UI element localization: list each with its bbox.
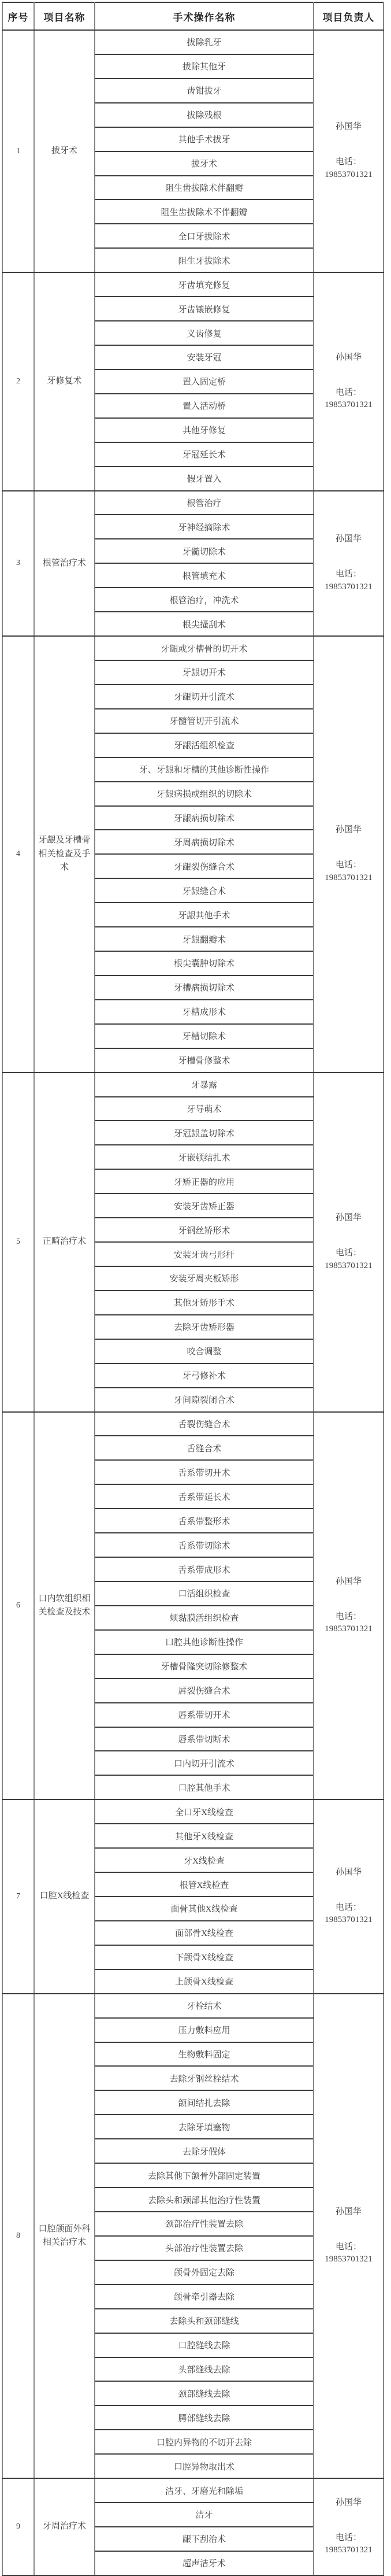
operation-cell: 其他手术拔牙 (95, 127, 314, 151)
operation-cell: 腭部缝线去除 (95, 2405, 314, 2430)
leader-name: 孙国华 (314, 1867, 383, 1879)
operation-cell: 安装牙冠 (95, 345, 314, 369)
leader-phone: 电话：19853701321 (314, 1611, 383, 1636)
operation-cell: 去除牙填塞物 (95, 2115, 314, 2139)
project-leader-cell: 孙国华电话：19853701321 (314, 1994, 383, 2478)
project-number: 3 (2, 491, 34, 637)
operation-cell: 唇系带切断术 (95, 1727, 314, 1751)
operation-cell: 拔除残根 (95, 103, 314, 127)
operation-cell: 牙龈活组织检查 (95, 733, 314, 757)
operation-cell: 舌裂伤缝合术 (95, 1412, 314, 1436)
leader-name: 孙国华 (314, 1576, 383, 1588)
project-name: 口腔颌面外科相关治疗术 (34, 1994, 95, 2478)
operation-cell: 安装牙齿矫正器 (95, 1193, 314, 1218)
operation-cell: 根尖搔刮术 (95, 612, 314, 636)
operation-cell: 牙龈病损切除术 (95, 806, 314, 830)
operation-cell: 去除头和颈部缝线 (95, 2309, 314, 2333)
operation-cell: 口腔其他诊断性操作 (95, 1630, 314, 1654)
leader-name: 孙国华 (314, 2206, 383, 2218)
operation-cell: 牙槽骨修整术 (95, 1048, 314, 1073)
operation-cell: 颌间结扎去除 (95, 2090, 314, 2115)
operation-cell: 去除牙假体 (95, 2139, 314, 2163)
operation-cell: 牙间隙裂闭合术 (95, 1388, 314, 1412)
operation-cell: 全口牙X线检查 (95, 1799, 314, 1824)
leader-phone: 电话：19853701321 (314, 2532, 383, 2557)
operation-cell: 牙龈缝合术 (95, 878, 314, 903)
phone-number: 19853701321 (314, 2253, 383, 2266)
project-number: 7 (2, 1799, 34, 1993)
operation-cell: 牙钢丝矫形术 (95, 1218, 314, 1242)
project-leader-cell: 孙国华电话：19853701321 (314, 1799, 383, 1993)
operation-cell: 牙齿填充修复 (95, 272, 314, 297)
header-row: 序号 项目名称 手术操作名称 项目负责人 (2, 2, 383, 30)
project-number: 2 (2, 272, 34, 490)
phone-label: 电话： (314, 1611, 383, 1624)
operation-cell: 牙暴露 (95, 1073, 314, 1097)
leader-name: 孙国华 (314, 533, 383, 545)
operation-cell: 牙龈翻瓣术 (95, 927, 314, 951)
operation-row: 6口内软组织相关检查及技术舌裂伤缝合术孙国华电话：19853701321 (2, 1412, 383, 1436)
project-leader-cell: 孙国华电话：19853701321 (314, 636, 383, 1073)
phone-label: 电话： (314, 387, 383, 400)
operation-cell: 牙龈裂伤缝合术 (95, 854, 314, 878)
operation-cell: 全口牙拔除术 (95, 224, 314, 248)
operation-cell: 超声洁牙术 (95, 2551, 314, 2575)
operation-cell: 根管X线检查 (95, 1872, 314, 1897)
operation-cell: 其他牙矫形手术 (95, 1291, 314, 1315)
phone-label: 电话： (314, 2532, 383, 2545)
leader-phone: 电话：19853701321 (314, 2241, 383, 2267)
operation-cell: 安装牙周夹板矫形 (95, 1266, 314, 1291)
operation-cell: 牙槽骨隆突切除修整术 (95, 1654, 314, 1679)
table-body: 1拔牙术拔除乳牙孙国华电话：19853701321拔除其他牙齿钳拔牙拔除残根其他… (2, 30, 383, 2575)
operation-cell: 咬合调整 (95, 1339, 314, 1363)
phone-label: 电话： (314, 2241, 383, 2254)
phone-number: 19853701321 (314, 581, 383, 594)
operation-cell: 牙龈或牙槽骨的切开术 (95, 636, 314, 660)
operation-cell: 去除其他下颌骨外部固定装置 (95, 2163, 314, 2187)
operation-cell: 口腔缝线去除 (95, 2333, 314, 2357)
operation-cell: 置入活动桥 (95, 394, 314, 418)
project-name: 牙龈及牙槽骨相关检查及手术 (34, 636, 95, 1073)
project-leader-cell: 孙国华电话：19853701321 (314, 272, 383, 490)
leader-phone: 电话：19853701321 (314, 859, 383, 885)
operation-cell: 唇系带切开术 (95, 1703, 314, 1727)
operation-cell: 拔除其他牙 (95, 54, 314, 79)
operation-cell: 去除牙钢丝栓结术 (95, 2066, 314, 2090)
leader-phone: 电话：19853701321 (314, 156, 383, 182)
operation-cell: 口腔内异物的不切开去除 (95, 2430, 314, 2454)
operation-cell: 牙X线检查 (95, 1848, 314, 1872)
operation-row: 8口腔颌面外科相关治疗术牙栓结术孙国华电话：19853701321 (2, 1994, 383, 2018)
operation-cell: 义齿修复 (95, 321, 314, 345)
operation-row: 1拔牙术拔除乳牙孙国华电话：19853701321 (2, 30, 383, 54)
phone-number: 19853701321 (314, 872, 383, 885)
leader-phone: 电话：19853701321 (314, 1247, 383, 1273)
operation-cell: 唇裂伤缝合术 (95, 1679, 314, 1703)
operation-cell: 阻生齿拔除术伴翻瓣 (95, 176, 314, 200)
operation-cell: 拔牙术 (95, 151, 314, 176)
operation-cell: 根尖囊肿切除术 (95, 951, 314, 975)
operation-row: 5正畸治疗术牙暴露孙国华电话：19853701321 (2, 1073, 383, 1097)
column-header-leader: 项目负责人 (314, 2, 383, 30)
operation-cell: 下颌骨X线检查 (95, 1945, 314, 1969)
leader-phone: 电话：19853701321 (314, 568, 383, 594)
column-header-operation-name: 手术操作名称 (95, 2, 314, 30)
operation-cell: 洁牙、牙磨光和除垢 (95, 2478, 314, 2503)
project-name: 牙修复术 (34, 272, 95, 490)
operation-cell: 面部骨X线检查 (95, 1921, 314, 1945)
operation-cell: 安装牙齿弓形杆 (95, 1242, 314, 1266)
procedures-table: 序号 项目名称 手术操作名称 项目负责人 1拔牙术拔除乳牙孙国华电话：19853… (2, 2, 384, 2576)
operation-cell: 牙龈病损或组织的切除术 (95, 782, 314, 806)
operation-cell: 牙髓切除术 (95, 539, 314, 563)
operation-cell: 舌系带延长术 (95, 1484, 314, 1509)
operation-cell: 舌缝合术 (95, 1436, 314, 1460)
operation-cell: 牙髓管切开引流术 (95, 709, 314, 733)
operation-cell: 根管填充术 (95, 563, 314, 587)
operation-cell: 牙槽病损切除术 (95, 975, 314, 1000)
operation-cell: 口腔其他手术 (95, 1775, 314, 1799)
operation-cell: 阻生牙拔除术 (95, 248, 314, 272)
operation-cell: 舌系带整形术 (95, 1509, 314, 1533)
operation-cell: 根管治疗 (95, 491, 314, 515)
phone-label: 电话： (314, 568, 383, 581)
leader-phone: 电话：19853701321 (314, 387, 383, 412)
operation-cell: 阻生齿拔除术不伴翻瓣 (95, 199, 314, 224)
project-name: 口腔X线检查 (34, 1799, 95, 1993)
leader-name: 孙国华 (314, 824, 383, 836)
phone-number: 19853701321 (314, 1914, 383, 1927)
project-name: 正畸治疗术 (34, 1073, 95, 1412)
project-number: 5 (2, 1073, 34, 1412)
operation-cell: 口内切开引流术 (95, 1751, 314, 1775)
operation-cell: 头部治疗性装置去除 (95, 2236, 314, 2260)
operation-cell: 舌系带成形术 (95, 1557, 314, 1581)
operation-cell: 牙冠延长术 (95, 442, 314, 467)
project-number: 9 (2, 2478, 34, 2575)
operation-cell: 牙导萌术 (95, 1097, 314, 1121)
operation-cell: 牙周病损切除术 (95, 830, 314, 854)
project-leader-cell: 孙国华电话：19853701321 (314, 491, 383, 637)
phone-number: 19853701321 (314, 1623, 383, 1636)
leader-name: 孙国华 (314, 1212, 383, 1224)
operation-cell: 牙槽成形术 (95, 1000, 314, 1024)
operation-row: 4牙龈及牙槽骨相关检查及手术牙龈或牙槽骨的切开术孙国华电话：1985370132… (2, 636, 383, 660)
operation-cell: 牙神经摘除术 (95, 515, 314, 539)
leader-name: 孙国华 (314, 352, 383, 364)
phone-label: 电话： (314, 1247, 383, 1260)
project-number: 1 (2, 30, 34, 272)
operation-cell: 颈部缝线去除 (95, 2381, 314, 2405)
operation-cell: 牙龈其他手术 (95, 903, 314, 927)
operation-cell: 齿钳拔牙 (95, 79, 314, 103)
operation-cell: 颊黏膜活组织检查 (95, 1606, 314, 1630)
project-leader-cell: 孙国华电话：19853701321 (314, 1073, 383, 1412)
operation-cell: 牙龈切开术 (95, 660, 314, 685)
project-number: 6 (2, 1412, 34, 1800)
phone-number: 19853701321 (314, 399, 383, 412)
phone-label: 电话： (314, 156, 383, 169)
project-name: 牙周治疗术 (34, 2478, 95, 2575)
phone-number: 19853701321 (314, 1260, 383, 1273)
project-leader-cell: 孙国华电话：19853701321 (314, 30, 383, 272)
operation-cell: 假牙置入 (95, 467, 314, 491)
phone-number: 19853701321 (314, 2544, 383, 2557)
operation-cell: 生物敷料固定 (95, 2042, 314, 2067)
operation-cell: 其他牙修复 (95, 418, 314, 442)
operation-row: 7口腔X线检查全口牙X线检查孙国华电话：19853701321 (2, 1799, 383, 1824)
operation-cell: 牙栓结术 (95, 1994, 314, 2018)
operation-cell: 龈下刮治术 (95, 2527, 314, 2551)
operation-cell: 牙冠龈盖切除术 (95, 1121, 314, 1145)
operation-cell: 去除牙齿矫形器 (95, 1315, 314, 1339)
operation-row: 3根管治疗术根管治疗孙国华电话：19853701321 (2, 491, 383, 515)
leader-name: 孙国华 (314, 2497, 383, 2509)
phone-label: 电话： (314, 859, 383, 872)
operation-cell: 压力敷料应用 (95, 2018, 314, 2042)
column-header-no: 序号 (2, 2, 34, 30)
operation-cell: 头部缝线去除 (95, 2357, 314, 2382)
leader-phone: 电话：19853701321 (314, 1902, 383, 1927)
operation-row: 2牙修复术牙齿填充修复孙国华电话：19853701321 (2, 272, 383, 297)
document-page: 序号 项目名称 手术操作名称 项目负责人 1拔牙术拔除乳牙孙国华电话：19853… (0, 0, 391, 2486)
leader-name: 孙国华 (314, 121, 383, 133)
project-name: 口内软组织相关检查及技术 (34, 1412, 95, 1800)
operation-cell: 洁牙 (95, 2503, 314, 2527)
operation-cell: 口腔异物取出术 (95, 2454, 314, 2478)
operation-row: 9牙周治疗术洁牙、牙磨光和除垢孙国华电话：19853701321 (2, 2478, 383, 2503)
operation-cell: 颌骨牵引器去除 (95, 2285, 314, 2309)
operation-cell: 面骨其他X线检查 (95, 1897, 314, 1921)
operation-cell: 颌骨外固定去除 (95, 2260, 314, 2285)
operation-cell: 颈部治疗性装置去除 (95, 2212, 314, 2236)
column-header-project-name: 项目名称 (34, 2, 95, 30)
operation-cell: 牙槽切除术 (95, 1024, 314, 1048)
operation-cell: 牙嵌顿结扎术 (95, 1145, 314, 1169)
operation-cell: 牙龈切开引流术 (95, 685, 314, 709)
project-leader-cell: 孙国华电话：19853701321 (314, 1412, 383, 1800)
operation-cell: 舌系带切除术 (95, 1533, 314, 1557)
project-leader-cell: 孙国华电话：19853701321 (314, 2478, 383, 2575)
operation-cell: 牙弓修补术 (95, 1363, 314, 1388)
phone-number: 19853701321 (314, 169, 383, 182)
operation-cell: 置入固定桥 (95, 369, 314, 394)
operation-cell: 上颌骨X线检查 (95, 1969, 314, 1994)
operation-cell: 牙齿镶嵌修复 (95, 297, 314, 321)
project-name: 拔牙术 (34, 30, 95, 272)
operation-cell: 拔除乳牙 (95, 30, 314, 54)
operation-cell: 牙、牙龈和牙槽的其他诊断性操作 (95, 757, 314, 782)
project-number: 8 (2, 1994, 34, 2478)
project-name: 根管治疗术 (34, 491, 95, 637)
operation-cell: 根管治疗，冲洗术 (95, 587, 314, 612)
operation-cell: 舌系带切开术 (95, 1460, 314, 1484)
operation-cell: 牙矫正器的应用 (95, 1169, 314, 1193)
operation-cell: 其他牙X线检查 (95, 1824, 314, 1848)
project-number: 4 (2, 636, 34, 1073)
operation-cell: 去除头和颈部其他治疗性装置 (95, 2187, 314, 2212)
phone-label: 电话： (314, 1902, 383, 1915)
operation-cell: 口活组织检查 (95, 1581, 314, 1606)
